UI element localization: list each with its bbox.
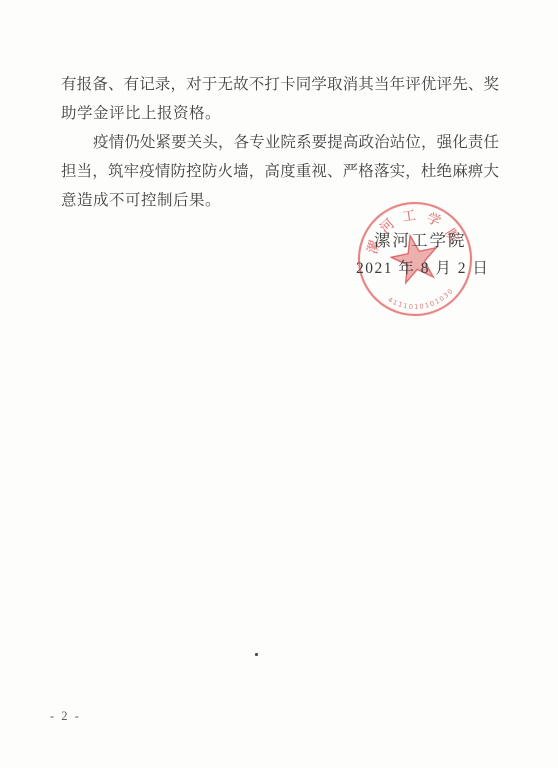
body-text: 有报备、有记录，对于无故不打卡同学取消其当年评优评先、奖助学金评比上报资格。疫情… (61, 70, 499, 215)
body-text-line: 有报备、有记录，对于无故不打卡同学取消其当年评优评先、奖 (61, 70, 499, 99)
scan-artifact-dot (255, 653, 258, 656)
body-text-line: 疫情仍处紧要关头，各专业院系要提高政治站位，强化责任 (61, 128, 499, 157)
page-number: - 2 - (50, 709, 81, 724)
body-text-line: 担当，筑牢疫情防控防火墙，高度重视、严格落实，杜绝麻痹大 (61, 157, 499, 186)
signature-date: 2021 年 8 月 2 日 (356, 256, 489, 278)
signature-org: 漯河工学院 (374, 227, 467, 251)
body-text-line: 助学金评比上报资格。 (61, 99, 499, 128)
seal-arc-char: 工 (400, 207, 417, 225)
document-page: 有报备、有记录，对于无故不打卡同学取消其当年评优评先、奖助学金评比上报资格。疫情… (0, 0, 558, 768)
